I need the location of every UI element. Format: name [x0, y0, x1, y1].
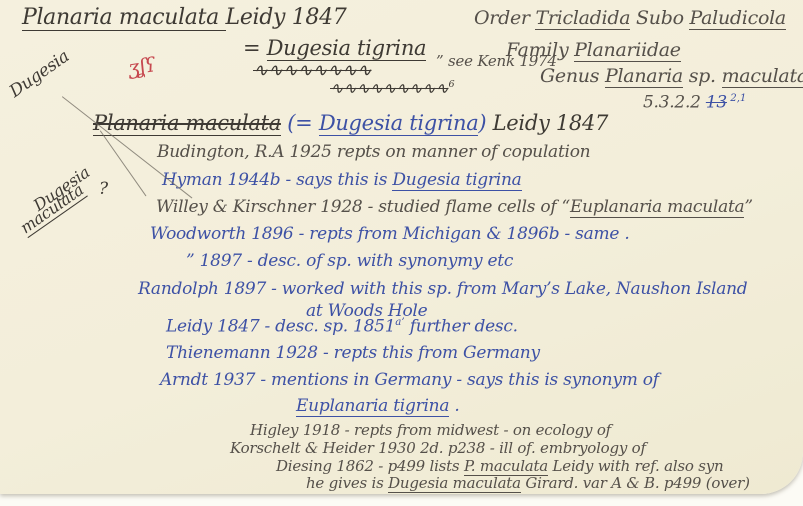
family-label: Family [506, 39, 574, 61]
reference-text: Woodworth 1896 - repts from Michigan & 1… [150, 224, 629, 244]
species-epithet: maculata [722, 65, 803, 88]
ditto-mark: ” [436, 52, 448, 70]
corrected-number: 2,1 [727, 93, 746, 104]
reference-text: Hyman 1944b - says this is [162, 170, 392, 190]
ref-arndt: Arndt 1937 - mentions in Germany - says … [160, 372, 659, 390]
margin-text: Dugesia [6, 46, 73, 101]
reference-text: Higley 1918 - repts from midwest - on ec… [250, 421, 611, 439]
index-card: Planaria maculata Leidy 1847= Dugesia ti… [0, 0, 803, 494]
ref-thienemann: Thienemann 1928 - repts this from German… [166, 345, 540, 363]
genus-label: Genus [540, 65, 605, 87]
superscript-note: 6 [449, 79, 455, 90]
ref-woodworth: Woodworth 1896 - repts from Michigan & 1… [150, 226, 629, 244]
cited-species: Euplanaria maculata [570, 197, 744, 218]
reference-text-cont: Girard. var A & B. p499 (over) [521, 474, 750, 492]
reference-text: Randolph 1897 - worked with this sp. fro… [138, 279, 747, 299]
period: . [449, 396, 459, 416]
equals-sign: = [243, 36, 267, 60]
cited-species: Euplanaria tigrina [296, 396, 449, 417]
synonym-close: ) [478, 111, 492, 135]
synonym-name: Dugesia tigrina [267, 36, 427, 61]
reference-text: 1897 - desc. of sp. with synonymy etc [200, 251, 514, 271]
reference-text: he gives is [306, 474, 388, 492]
reference-text: Budington, R.A 1925 repts on manner of c… [157, 142, 590, 162]
author-year: Leidy 1847 [226, 5, 347, 30]
suborder-name: Paludicola [689, 7, 785, 30]
reference-text: Willey & Kirschner 1928 - studied flame … [156, 197, 570, 217]
red-ink-initials: ʒʆʕ [127, 54, 157, 79]
sp-label: sp. [683, 65, 722, 87]
heading-species-line: Planaria maculata Leidy 1847 [22, 6, 346, 29]
heading-synonym-line: = Dugesia tigrina [243, 37, 426, 59]
reference-text-cont: Leidy with ref. also syn [548, 457, 723, 475]
family-line: Family Planariidae [506, 41, 681, 61]
genus-name: Planaria [605, 65, 683, 88]
order-label: Order [474, 7, 535, 29]
margin-question-mark: ? [99, 181, 108, 199]
classification-number: 5.3.2.2 13 2,1 [643, 94, 746, 113]
order-name: Tricladida [535, 7, 630, 30]
reference-text-cont: further desc. [405, 317, 518, 337]
cited-species: Dugesia tigrina [392, 170, 521, 191]
close-quote: ” [744, 197, 752, 217]
reference-text: Korschelt & Heider 1930 2d. p238 - ill o… [230, 439, 646, 457]
ref-woodworth-1897: ” 1897 - desc. of sp. with synonymy etc [186, 253, 513, 271]
ref-arndt-cont: Euplanaria tigrina . [296, 398, 460, 416]
suborder-label: Subo [630, 7, 689, 29]
synonym-species: Dugesia tigrina [319, 111, 479, 136]
synonym-open: (= [281, 111, 319, 135]
cited-species: Dugesia maculata [388, 474, 521, 493]
ref-hyman: Hyman 1944b - says this is Dugesia tigri… [162, 172, 522, 190]
ref-higley: Higley 1918 - repts from midwest - on ec… [250, 423, 611, 439]
ref-leidy: Leidy 1847 - desc. sp. 1851a’ further de… [166, 318, 518, 337]
author-year: Leidy 1847 [493, 111, 608, 135]
ref-budington: Budington, R.A 1925 repts on manner of c… [157, 144, 590, 162]
species-name: Planaria maculata [22, 5, 226, 31]
reference-text: Leidy 1847 - desc. sp. 1851 [166, 317, 395, 337]
struck-species-name: Planaria maculata [93, 111, 281, 136]
scribbled-out-text-2: ∿∿∿∿∿∿∿∿∿6 [330, 80, 455, 97]
genus-line: Genus Planaria sp. maculata [540, 67, 803, 87]
catalog-number: 5.3.2.2 [643, 93, 706, 113]
reference-text: Diesing 1862 - p499 lists [276, 457, 464, 475]
scribble: ∿∿∿∿∿∿∿∿∿ [330, 78, 449, 97]
ditto-mark: ” [186, 251, 200, 271]
family-name: Planariidae [574, 39, 681, 62]
question-mark: ? [99, 179, 108, 199]
superscript-note: a’ [395, 317, 404, 328]
order-line: Order Tricladida Subo Paludicola [474, 9, 786, 29]
ref-korschelt-heider: Korschelt & Heider 1930 2d. p238 - ill o… [230, 441, 646, 457]
ref-randolph: Randolph 1897 - worked with this sp. fro… [138, 281, 747, 299]
ref-willey-kirschner: Willey & Kirschner 1928 - studied flame … [156, 199, 753, 217]
main-entry-line: Planaria maculata (= Dugesia tigrina) Le… [93, 112, 608, 134]
struck-number: 13 [706, 93, 727, 113]
red-mark: ʒʆʕ [126, 52, 157, 80]
margin-genus-note: Dugesia [7, 48, 73, 102]
ref-diesing-cont: he gives is Dugesia maculata Girard. var… [306, 476, 750, 492]
ref-diesing: Diesing 1862 - p499 lists P. maculata Le… [276, 459, 723, 475]
reference-text: Thienemann 1928 - repts this from German… [166, 343, 540, 363]
reference-text: Arndt 1937 - mentions in Germany - says … [160, 370, 659, 390]
